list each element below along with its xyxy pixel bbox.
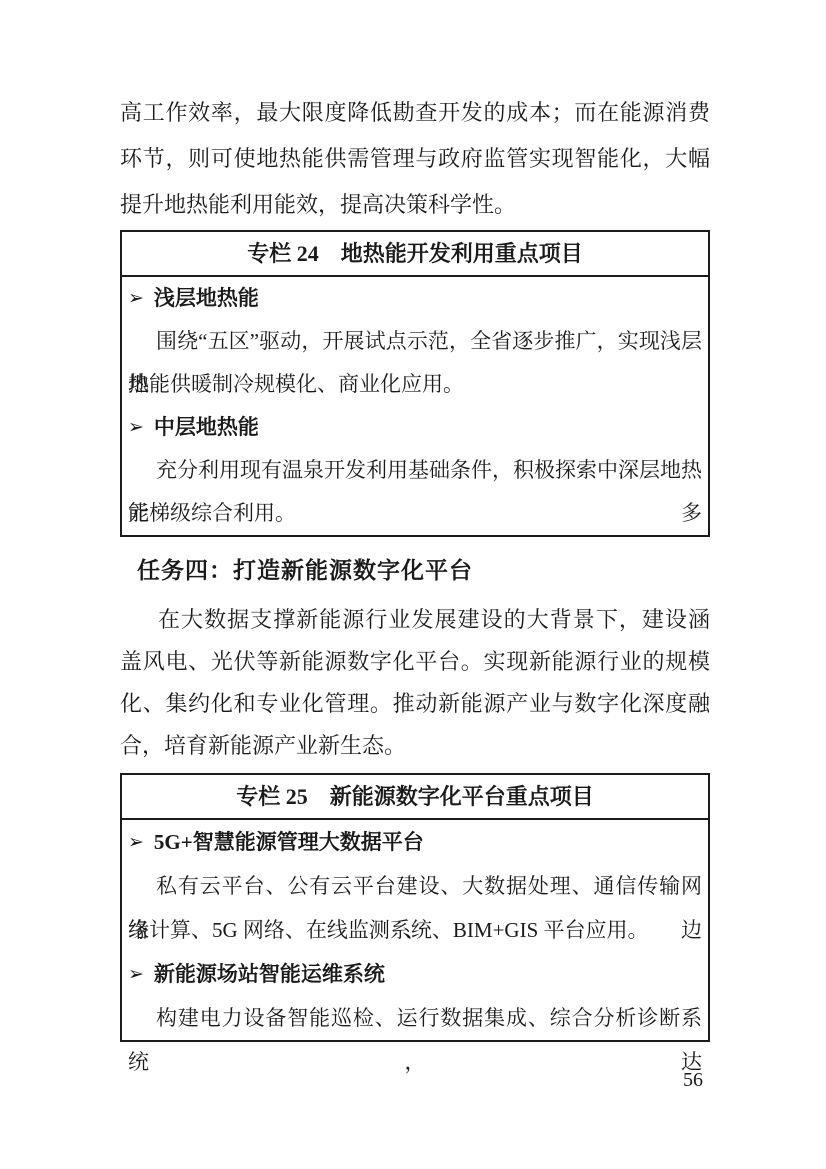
box-25-body: ➢5G+智慧能源管理大数据平台 私有云平台、公有云平台建设、大数据处理、通信传输… [122,820,708,1040]
bullet-item-label: 5G+智慧能源管理大数据平台 [154,830,424,854]
box-24-body: ➢浅层地热能 围绕“五区”驱动，开展试点示范，全省逐步推广，实现浅层地 热能供暖… [122,277,708,535]
task-paragraph: 在大数据支撑新能源行业发展建设的大背景下，建设涵 盖风电、光伏等新能源数字化平台… [120,599,710,767]
box-text-line: 构建电力设备智能巡检、运行数据集成、综合分析诊断系统，达 [128,996,702,1040]
box-24-title: 专栏 24 地热能开发利用重点项目 [122,232,708,277]
paragraph-line: 提升地热能利用能效，提高决策科学性。 [120,182,710,228]
bullet-item-label: 新能源场站智能运维系统 [154,962,385,986]
box-text-line: 私有云平台、公有云平台建设、大数据处理、通信传输网络、边 [128,864,702,908]
box-text-line: 缘计算、5G 网络、在线监测系统、BIM+GIS 平台应用。 [128,908,702,952]
arrow-bullet-icon: ➢ [128,953,144,997]
column-box-24: 专栏 24 地热能开发利用重点项目 ➢浅层地热能 围绕“五区”驱动，开展试点示范… [120,230,710,537]
paragraph-line: 合，培育新能源产业新生态。 [120,725,710,767]
bullet-item-label: 中层地热能 [154,415,259,439]
arrow-bullet-icon: ➢ [128,277,144,320]
box-text-line: 围绕“五区”驱动，开展试点示范，全省逐步推广，实现浅层地 [128,320,702,363]
bullet-item-label: 浅层地热能 [154,286,259,310]
paragraph-line: 盖风电、光伏等新能源数字化平台。实现新能源行业的规模 [120,641,710,683]
paragraph-line: 高工作效率，最大限度降低勘查开发的成本；而在能源消费 [120,90,710,136]
arrow-bullet-icon: ➢ [128,821,144,865]
box-text-line: 充分利用现有温泉开发利用基础条件，积极探索中深层地热能多 [128,449,702,492]
paragraph-line: 环节，则可使地热能供需管理与政府监管实现智能化，大幅 [120,136,710,182]
paragraph-line: 化、集约化和专业化管理。推动新能源产业与数字化深度融 [120,683,710,725]
bullet-item-heading: ➢浅层地热能 [128,277,702,320]
bullet-item-heading: ➢中层地热能 [128,406,702,449]
page-number: 56 [683,1068,703,1092]
paragraph-line: 在大数据支撑新能源行业发展建设的大背景下，建设涵 [120,599,710,641]
box-25-title: 专栏 25 新能源数字化平台重点项目 [122,775,708,820]
bullet-item-heading: ➢新能源场站智能运维系统 [128,952,702,996]
column-box-25: 专栏 25 新能源数字化平台重点项目 ➢5G+智慧能源管理大数据平台 私有云平台… [120,773,710,1042]
section-heading: 任务四：打造新能源数字化平台 [137,552,473,585]
box-text-line: 热能供暖制冷规模化、商业化应用。 [128,363,702,406]
bullet-item-heading: ➢5G+智慧能源管理大数据平台 [128,820,702,864]
intro-paragraph: 高工作效率，最大限度降低勘查开发的成本；而在能源消费 环节，则可使地热能供需管理… [120,90,710,228]
document-page: 高工作效率，最大限度降低勘查开发的成本；而在能源消费 环节，则可使地热能供需管理… [0,0,826,1169]
arrow-bullet-icon: ➢ [128,406,144,449]
